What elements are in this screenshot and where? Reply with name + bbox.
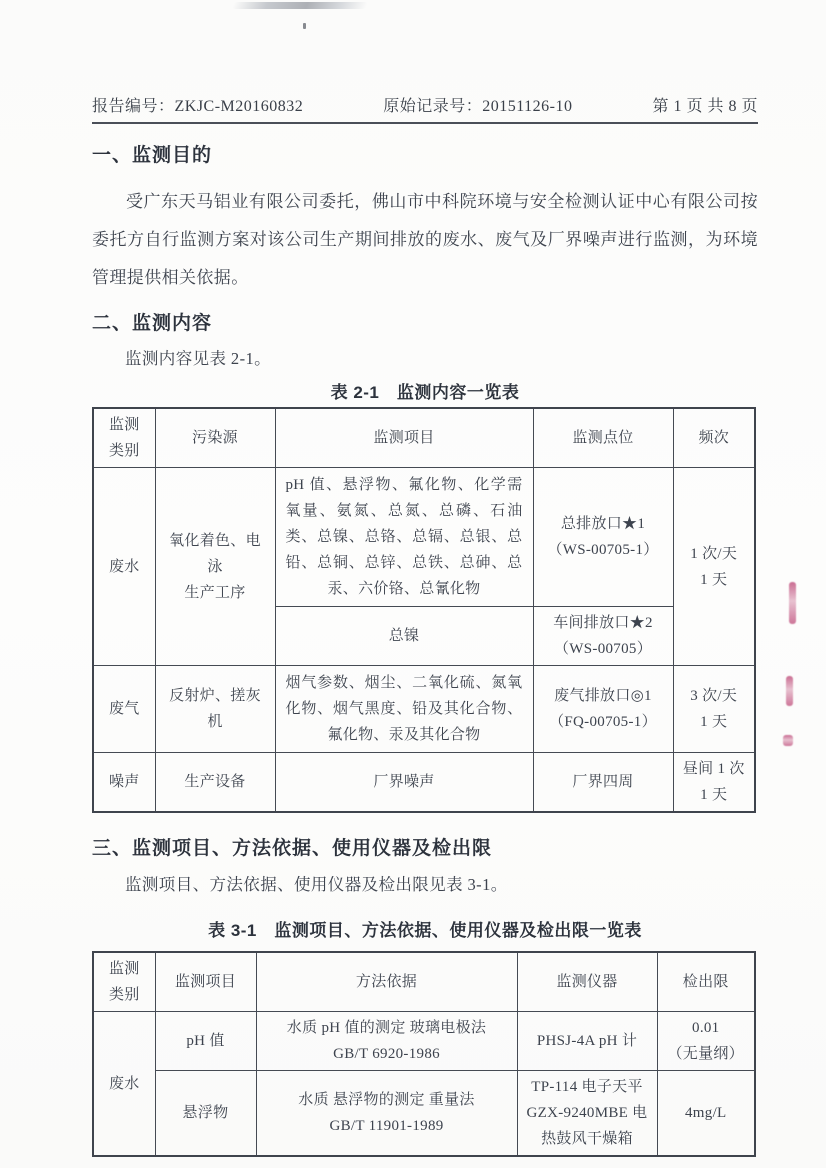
table-row-wastewater-main: 废水 氧化着色、电泳 生产工序 pH 值、悬浮物、氟化物、化学需氧量、氨氮、总氮… xyxy=(93,468,755,607)
cell-items-wastewater-sub: 总镍 xyxy=(275,607,533,666)
header-monitor-category: 监测 类别 xyxy=(93,408,155,468)
cell-method-ph: 水质 pH 值的测定 玻璃电极法 GB/T 6920-1986 xyxy=(256,1012,517,1071)
original-record-number: 原始记录号：20151126-10 xyxy=(383,93,572,116)
cell-method-ss: 水质 悬浮物的测定 重量法 GB/T 11901-1989 xyxy=(256,1071,517,1157)
cell-source-wastegas: 反射炉、搓灰机 xyxy=(155,666,275,753)
cell-frequency-noise: 昼间 1 次 1 天 xyxy=(673,753,755,813)
cell-item-ss: 悬浮物 xyxy=(155,1071,256,1157)
red-ink-bleed-mark xyxy=(789,582,796,624)
document-header: 报告编号：ZKJC-M20160832 原始记录号：20151126-10 第 … xyxy=(92,93,758,124)
monitoring-content-table: 监测 类别 污染源 监测项目 监测点位 频次 废水 氧化着色、电泳 生产工序 p… xyxy=(92,407,756,813)
cell-item-ph: pH 值 xyxy=(155,1012,256,1071)
cell-instrument-ph: PHSJ-4A pH 计 xyxy=(517,1012,657,1071)
table-header-row: 监测 类别 污染源 监测项目 监测点位 频次 xyxy=(93,408,755,468)
header-monitor-point: 监测点位 xyxy=(533,408,673,468)
scan-smudge-artifact xyxy=(232,2,369,9)
header-frequency: 频次 xyxy=(673,408,755,468)
cell-limit-ph: 0.01 （无量纲） xyxy=(657,1012,755,1071)
cell-category-wastegas: 废气 xyxy=(93,666,155,753)
red-ink-bleed-mark xyxy=(786,676,793,706)
table-header-row: 监测 类别 监测项目 方法依据 监测仪器 检出限 xyxy=(93,952,755,1012)
scan-speck-artifact xyxy=(303,23,306,29)
cell-point-noise: 厂界四周 xyxy=(533,753,673,813)
cell-source-wastewater: 氧化着色、电泳 生产工序 xyxy=(155,468,275,666)
section-2-title: 二、监测内容 xyxy=(92,308,758,335)
table-row-suspended-solids: 悬浮物 水质 悬浮物的测定 重量法 GB/T 11901-1989 TP-114… xyxy=(93,1071,755,1157)
cell-category-wastewater: 废水 xyxy=(93,468,155,666)
page-content: 报告编号：ZKJC-M20160832 原始记录号：20151126-10 第 … xyxy=(0,93,758,1157)
red-ink-bleed-mark xyxy=(783,735,793,746)
section-3-title: 三、监测项目、方法依据、使用仪器及检出限 xyxy=(92,833,758,860)
method-instrument-table: 监测 类别 监测项目 方法依据 监测仪器 检出限 废水 pH 值 水质 pH 值… xyxy=(92,951,756,1157)
cell-items-noise: 厂界噪声 xyxy=(275,753,533,813)
header-monitor-item: 监测项目 xyxy=(155,952,256,1012)
header-monitor-instrument: 监测仪器 xyxy=(517,952,657,1012)
report-number: 报告编号：ZKJC-M20160832 xyxy=(92,93,303,116)
cell-limit-ss: 4mg/L xyxy=(657,1071,755,1157)
cell-items-wastewater-main: pH 值、悬浮物、氟化物、化学需氧量、氨氮、总氮、总磷、石油类、总镍、总铬、总镉… xyxy=(275,468,533,607)
table-row-ph: 废水 pH 值 水质 pH 值的测定 玻璃电极法 GB/T 6920-1986 … xyxy=(93,1012,755,1071)
header-monitor-items: 监测项目 xyxy=(275,408,533,468)
section-1-paragraph: 受广东天马铝业有限公司委托，佛山市中科院环境与安全检测认证中心有限公司按委托方自… xyxy=(92,183,758,297)
cell-frequency-wastewater: 1 次/天 1 天 xyxy=(673,468,755,666)
cell-point-wastegas: 废气排放口◎1 （FQ-00705-1） xyxy=(533,666,673,753)
cell-category-wastewater: 废水 xyxy=(93,1012,155,1157)
cell-instrument-ss: TP-114 电子天平 GZX-9240MBE 电 热鼓风干燥箱 xyxy=(517,1071,657,1157)
header-pollution-source: 污染源 xyxy=(155,408,275,468)
table-3-1-caption: 表 3-1 监测项目、方法依据、使用仪器及检出限一览表 xyxy=(92,916,758,941)
cell-source-noise: 生产设备 xyxy=(155,753,275,813)
document-page: 报告编号：ZKJC-M20160832 原始记录号：20151126-10 第 … xyxy=(0,0,826,1168)
header-method-basis: 方法依据 xyxy=(256,952,517,1012)
cell-point-wastewater-sub: 车间排放口★2 （WS-00705） xyxy=(533,607,673,666)
section-1-title: 一、监测目的 xyxy=(92,140,758,167)
header-detection-limit: 检出限 xyxy=(657,952,755,1012)
page-indicator: 第 1 页 共 8 页 xyxy=(652,93,758,116)
cell-frequency-wastegas: 3 次/天 1 天 xyxy=(673,666,755,753)
table-2-1-caption: 表 2-1 监测内容一览表 xyxy=(92,378,758,403)
header-monitor-category: 监测 类别 xyxy=(93,952,155,1012)
cell-point-wastewater-main: 总排放口★1 （WS-00705-1） xyxy=(533,468,673,607)
cell-items-wastegas: 烟气参数、烟尘、二氧化硫、氮氧化物、烟气黑度、铅及其化合物、氟化物、汞及其化合物 xyxy=(275,666,533,753)
section-3-intro: 监测项目、方法依据、使用仪器及检出限见表 3-1。 xyxy=(92,873,758,897)
table-row-noise: 噪声 生产设备 厂界噪声 厂界四周 昼间 1 次 1 天 xyxy=(93,753,755,813)
table-row-wastegas: 废气 反射炉、搓灰机 烟气参数、烟尘、二氧化硫、氮氧化物、烟气黑度、铅及其化合物… xyxy=(93,666,755,753)
cell-category-noise: 噪声 xyxy=(93,753,155,813)
section-2-intro: 监测内容见表 2-1。 xyxy=(92,347,758,371)
